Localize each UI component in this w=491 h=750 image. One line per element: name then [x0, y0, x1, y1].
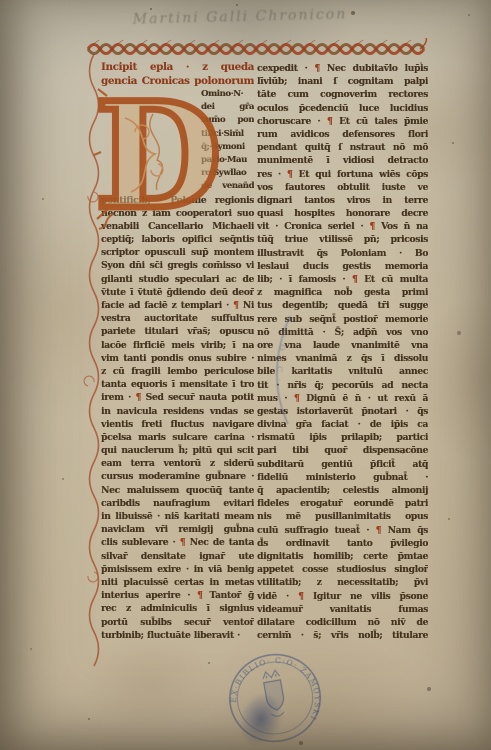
manuscript-line: dignitatis homilib; certe p̄mtae: [257, 550, 428, 563]
manuscript-line: z magnifica nob̄ gesta primi: [257, 286, 428, 299]
manuscript-line: appetet cosse studiosius singlor̄: [257, 563, 428, 576]
manuscript-line: vidē · ¶ Igitur ne vilis p̄sone: [257, 590, 428, 603]
manuscript-line: subditarū gentiū p̄ficit̄ atq̄: [257, 458, 428, 471]
manuscript-line: ro·Sywllao: [201, 167, 254, 180]
manuscript-line: pontificib; · Polonie regionis: [101, 194, 254, 207]
manuscript-line: q̄;·Symoni: [201, 141, 254, 154]
manuscript-line: oculos p̄cedenciū luce lucidius: [257, 102, 428, 115]
manuscript-line: culū suffragio tueat̄ · ¶ Nam q̄s: [257, 524, 428, 537]
manuscript-line: d̄s ordinavit tanto p̄vilegio: [257, 537, 428, 550]
manuscript-line: p̄celsa maris sulcare carina ·: [101, 431, 254, 444]
rubric-line: gencia Cronicas polonorum li mcd: [101, 75, 254, 89]
rubric-line: Incipit epla · z queda pambula tan: [101, 61, 254, 75]
manuscript-line: rismatū ip̄is prilapib; partici: [257, 431, 428, 444]
manuscript-line: gilanti studio speculari ac de: [101, 273, 254, 286]
manuscript-line: caribdis naufragium evitari: [101, 497, 254, 510]
manuscript-line: leslaui ducis gestis memoria: [257, 260, 428, 273]
manuscript-line: silvar̄ densitate ignar̄ ute: [101, 550, 254, 563]
manuscript-line: tus degentib; quedā tr̄i sugge: [257, 299, 428, 312]
manuscript-line: tifici·Sim̄l: [201, 128, 254, 141]
manuscript-line: illustravit q̄s Poloniam · Bo: [257, 247, 428, 260]
manuscript-line: tūq̄ triue vtilissē pn̄; pricosis: [257, 233, 428, 246]
manuscript-line: naviclam vr̄i remigij gub̄na: [101, 523, 254, 536]
column1-text: Omino·N·dei gr̄asum̄o pontifici·Sim̄lq̄;…: [101, 88, 254, 642]
partial-round-stamp: ·O·C·: [262, 312, 300, 426]
manuscript-line: vtilitatib; z necessitatib; p̄vi: [257, 576, 428, 589]
manuscript-line: necnon z iam cooperatori suo: [101, 207, 254, 220]
manuscript-line: videamur̄ vanitatis fumas: [257, 603, 428, 616]
manuscript-line: vestra auctoritate suffultus: [101, 312, 254, 325]
manuscript-line: fideliū ministerio gub̄nat̄ ·: [257, 471, 428, 484]
manuscript-line: Nec maluissem quocūq̄ tante: [101, 484, 254, 497]
manuscript-line: turbinib; fluctuāte liberavit ·: [101, 629, 254, 642]
manuscript-line: nis mē pusillanimitatis opus: [257, 510, 428, 523]
manuscript-line: sum̄o pon: [201, 114, 254, 127]
manuscript-line: lib; · ī famosis · ¶ Et cū multa: [257, 273, 428, 286]
manuscript-line: Syon dn̄i sc̄i gregis com̄isso vi: [101, 259, 254, 272]
manuscript-line: v̄tute ī v̄tutē ḡdiendo deū deor̄: [101, 286, 254, 299]
manuscript-line: cexpedit · ¶ Nec dubitav̄lo lup̄is: [257, 62, 428, 75]
manuscript-line: pendant quitq̄ ſ nstraut nō mō: [257, 141, 428, 154]
manuscript-line: dilatare codicillum nō niv̄ de: [257, 616, 428, 629]
manuscript-line: vientis freti fluctus navigare: [101, 418, 254, 431]
manuscript-line: res · ¶ Et qui fortuna wiēs cōps: [257, 168, 428, 181]
manuscript-line: interius aperire · ¶ Tantor̄ ḡ: [101, 589, 254, 602]
manuscript-line: niti placuissē certas in metas: [101, 576, 254, 589]
gutter-stamp-letters: ·O·C·: [275, 334, 290, 388]
manuscript-line: p̄misissem exire · in viā benig: [101, 563, 254, 576]
manuscript-line: facie ad faciē z templari · ¶ Ni: [101, 299, 254, 312]
manuscript-line: pavlo·Mau: [201, 154, 254, 167]
manuscript-line: portū sub̄ibs secur̄ ventor̄: [101, 616, 254, 629]
manuscript-line: scriptor opusculi sup̄ montem: [101, 246, 254, 259]
manuscript-line: cernim̄ · s̄; vr̄is nolb̄; titulare: [257, 629, 428, 642]
manuscript-line: vos fautores obtulit iuste ve: [257, 181, 428, 194]
manuscript-line: cursus moderamine gub̄nare ·: [101, 470, 254, 483]
manuscript-line: choruscare · ¶ Et cū tales p̄mie: [257, 115, 428, 128]
decorative-border-band: [86, 38, 428, 60]
manuscript-line: tanta equoris ī mensitate ī tro: [101, 378, 254, 391]
manuscript-line: Omino·N·: [201, 88, 254, 101]
manuscript-line: fideles erogatur̄ eorundē patri: [257, 497, 428, 510]
manuscript-line: venabili Cancellario Michaeli: [101, 220, 254, 233]
manuscript-line: rum avidicos defensores flori: [257, 128, 428, 141]
manuscript-line: in libuissē · nis̄ karitati meam: [101, 510, 254, 523]
manuscript-line: de venan̄d: [201, 180, 254, 193]
manuscript-line: qui nauclerum h̄; pitū qui scit: [101, 444, 254, 457]
manuscript-line: z cū fragili lembo periculose: [101, 365, 254, 378]
manuscript-line: vit · Cronica seriel · ¶ Vos n̄ na: [257, 220, 428, 233]
manuscript-line: tāte cum cognoverim rectores: [257, 88, 428, 101]
manuscript-line: vim tanti pondis onus subire ·: [101, 352, 254, 365]
manuscript-line: irem · ¶ Sed secur̄ nauta potit: [101, 391, 254, 404]
manuscript-line: eam terra ventorū z siderū: [101, 457, 254, 470]
manuscript-line: q̄ apacientib; celestis almonij: [257, 484, 428, 497]
manuscript-line: quasi hospites honorare decre: [257, 207, 428, 220]
manuscript-page: Martini Galli Chronicon Incipit epla · z…: [0, 0, 491, 750]
text-column-left: Incipit epla · z queda pambula tangencia…: [101, 61, 254, 642]
manuscript-line: lacōe firficiē meis virib; ī na: [101, 339, 254, 352]
foxing-specks: [0, 0, 2, 2]
manuscript-line: pari tibi quor̄ dispensacōne: [257, 444, 428, 457]
header-inscription: Martini Galli Chronicon: [100, 6, 380, 29]
manuscript-line: clis sublevare · ¶ Nec de tanta: [101, 536, 254, 549]
stamp-crown: [262, 670, 280, 679]
manuscript-line: munimentē ī vidiosi detracto: [257, 154, 428, 167]
manuscript-line: rec z adminiculis ī signius: [101, 602, 254, 615]
manuscript-line: dei gr̄a: [201, 101, 254, 114]
manuscript-line: līviūb; inani ſ cognitam palpi: [257, 75, 428, 88]
manuscript-line: dignari tantos viros in terre: [257, 194, 428, 207]
manuscript-line: ceptiq̄; laboris opifici seq̄ntis: [101, 233, 254, 246]
manuscript-line: pariete titulari vr̄as̄; opuscu: [101, 325, 254, 338]
manuscript-line: in navicula residens vndas se: [101, 405, 254, 418]
rubric: Incipit epla · z queda pambula tangencia…: [101, 61, 254, 88]
